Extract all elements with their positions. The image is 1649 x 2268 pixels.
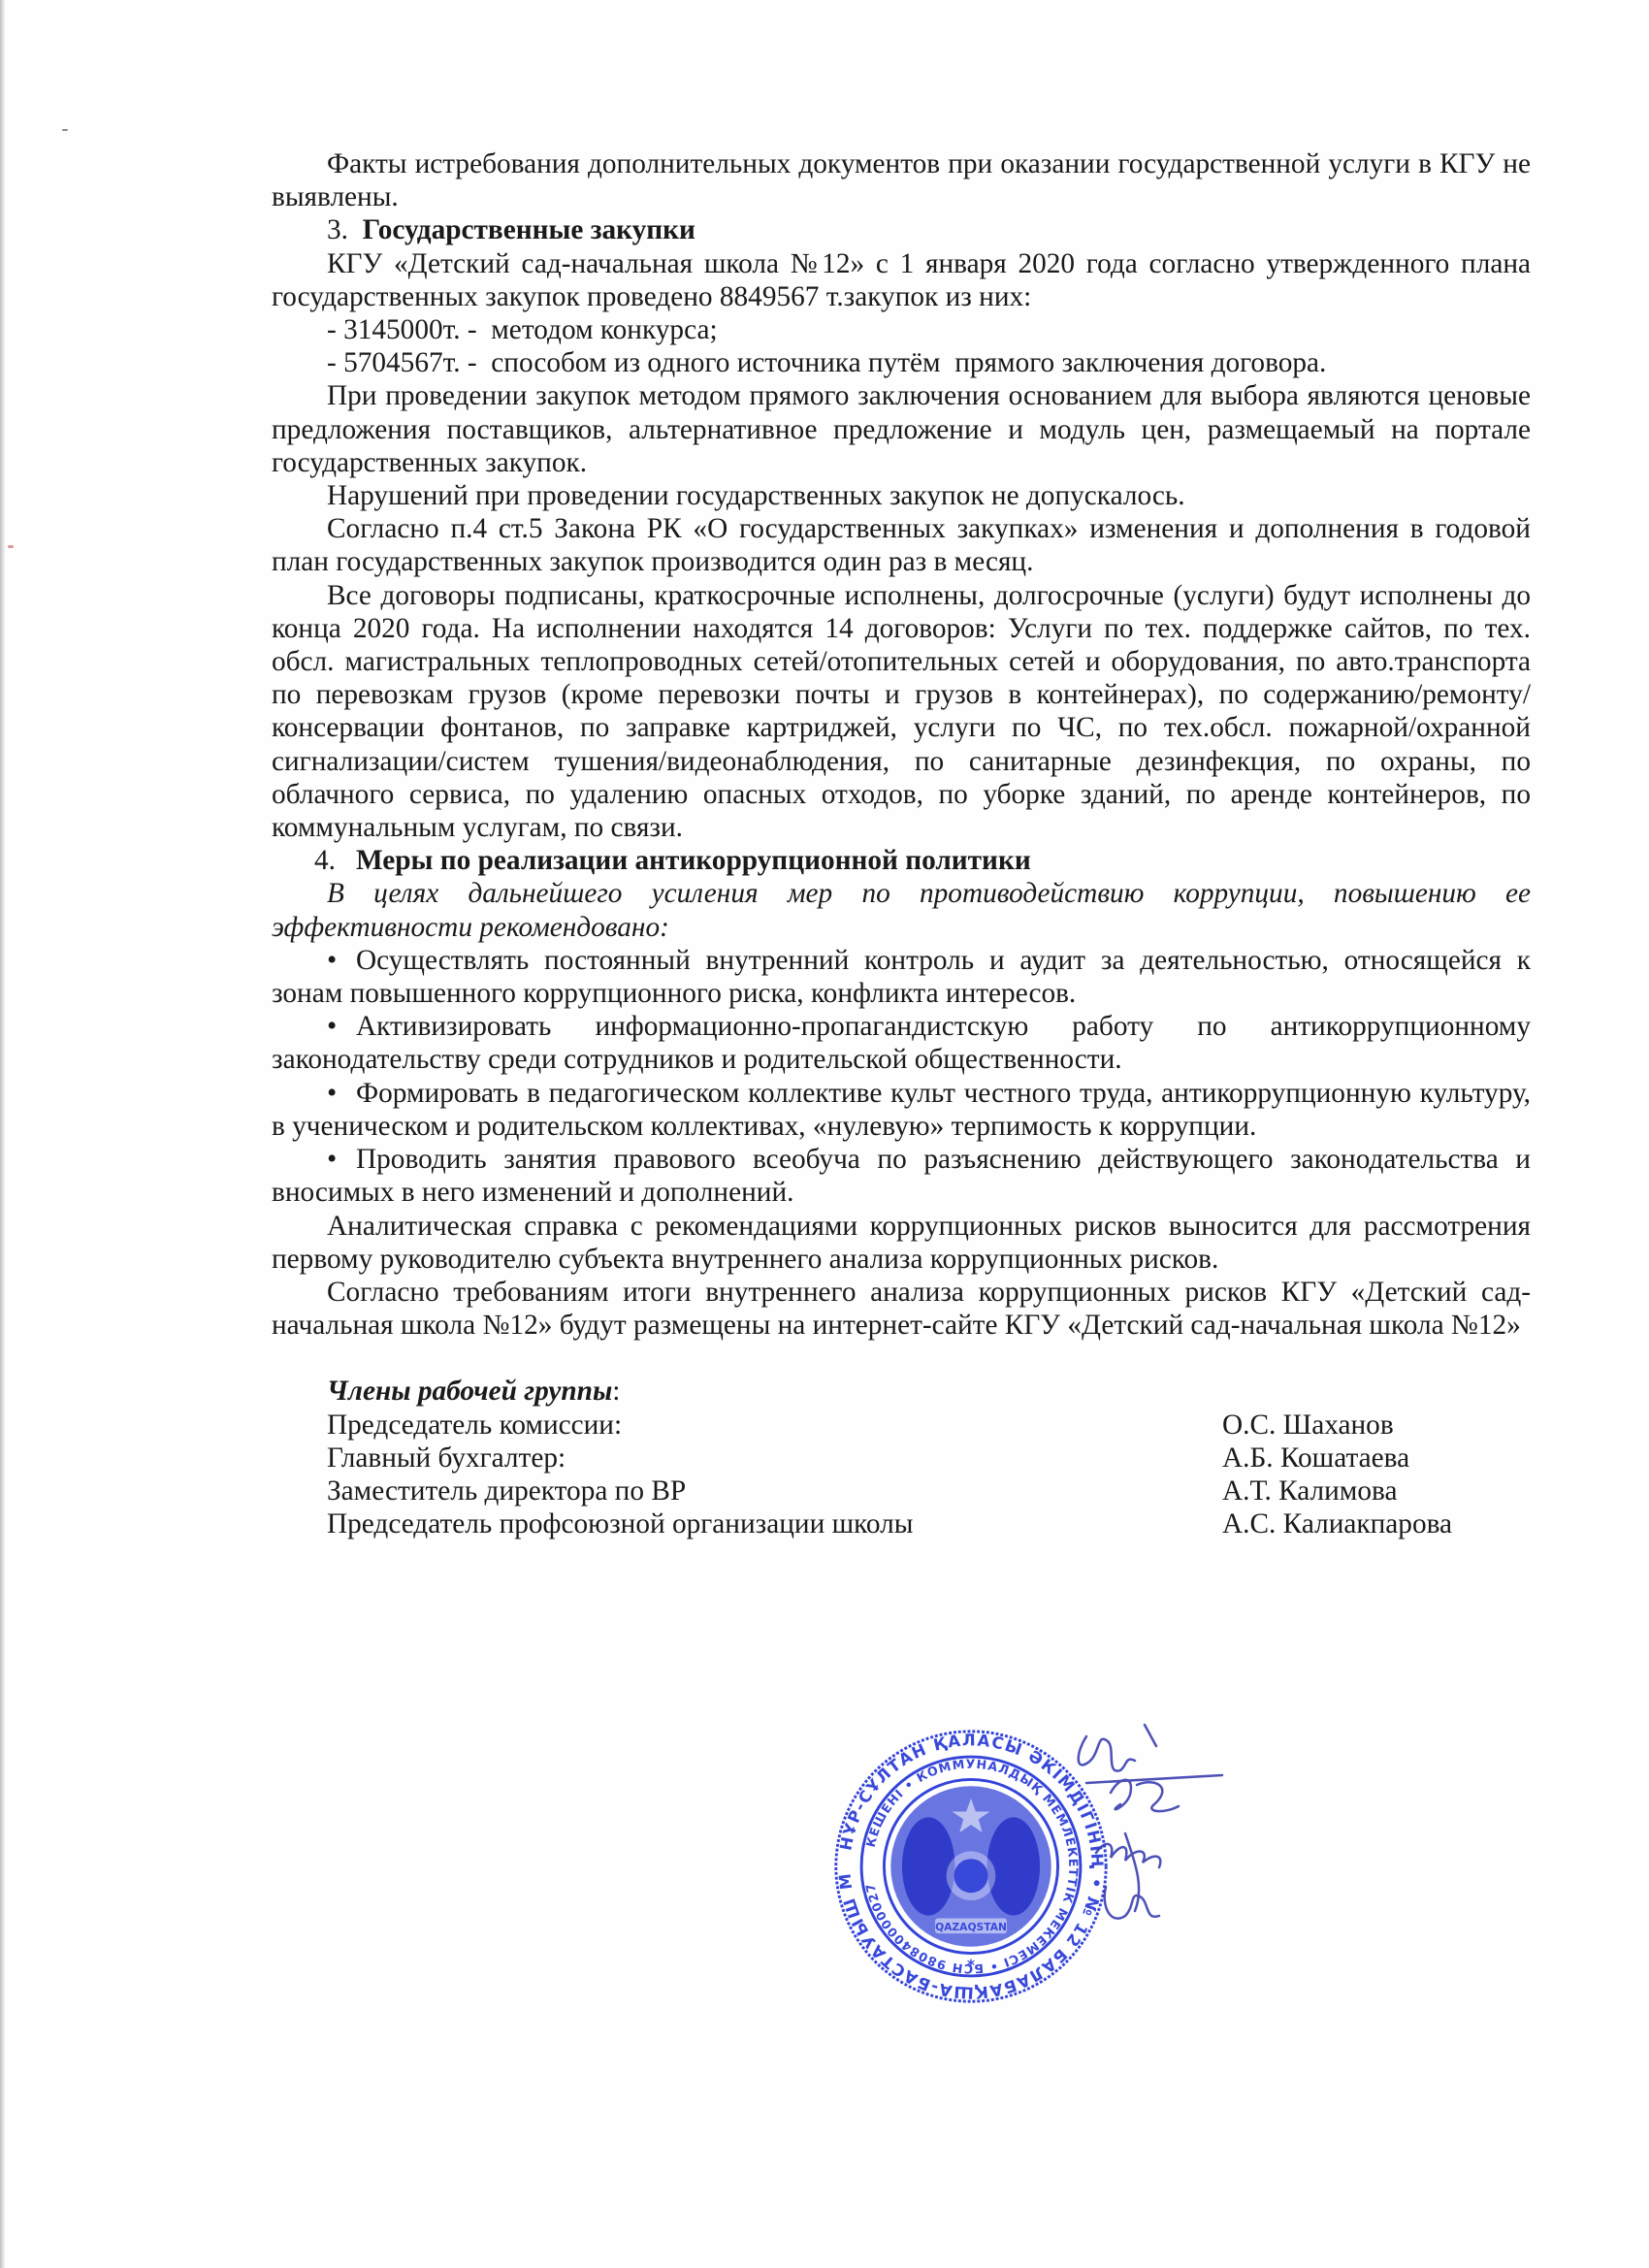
bullet-text: Осуществлять постоянный внутренний контр…: [272, 945, 1531, 1009]
member-name: А.Т. Калимова: [1222, 1474, 1397, 1507]
section-number: 4.: [314, 844, 356, 877]
paragraph: Аналитическая справка с рекомендациями к…: [272, 1210, 1531, 1276]
document-page: Факты истребования дополнительных докуме…: [272, 147, 1531, 1540]
italic-intro: В целях дальнейшего усиления мер по прот…: [272, 877, 1531, 943]
list-item: - 3145000т. - методом конкурса;: [272, 313, 1531, 346]
signature-row: Председатель профсоюзной организации шко…: [272, 1507, 1531, 1540]
paragraph: При проведении закупок методом прямого з…: [272, 379, 1531, 479]
scan-speck: [8, 545, 14, 548]
members-title-text: Члены рабочей группы: [327, 1376, 612, 1407]
bullet-item: •Формировать в педагогическом коллективе…: [272, 1077, 1531, 1143]
list-item: - 5704567т. - способом из одного источни…: [272, 346, 1531, 379]
member-name: О.С. Шаханов: [1222, 1409, 1394, 1442]
members-title: Члены рабочей группы:: [272, 1375, 1531, 1408]
handwritten-signatures-icon: [1067, 1717, 1232, 1940]
bullet-item: •Активизировать информационно-пропаганди…: [272, 1010, 1531, 1076]
signature-row: Заместитель директора по ВР А.Т. Калимов…: [272, 1474, 1531, 1507]
paragraph: Все договоры подписаны, краткосрочные ис…: [272, 579, 1531, 845]
paragraph: Согласно требованиям итоги внутреннего а…: [272, 1276, 1531, 1342]
bullet-text: Формировать в педагогическом коллективе …: [272, 1078, 1531, 1142]
member-role: Заместитель директора по ВР: [327, 1475, 686, 1507]
spacer: [272, 1342, 1531, 1375]
svg-text:*: *: [967, 1957, 975, 1974]
members-title-colon: :: [612, 1376, 620, 1407]
scan-shadow-edge: [0, 0, 6, 2268]
bullet-text: Проводить занятия правового всеобуча по …: [272, 1144, 1531, 1208]
member-name: А.Б. Кошатаева: [1222, 1442, 1409, 1474]
intro-paragraph: Факты истребования дополнительных докуме…: [272, 147, 1531, 213]
member-name: А.С. Калиакпарова: [1222, 1507, 1452, 1540]
signature-row: Главный бухгалтер: А.Б. Кошатаева: [272, 1442, 1531, 1474]
bullet-icon: •: [327, 1010, 356, 1043]
bullet-icon: •: [327, 1077, 356, 1110]
member-role: Главный бухгалтер:: [327, 1442, 566, 1474]
paragraph: Нарушений при проведении государственных…: [272, 479, 1531, 512]
bullet-icon: •: [327, 1143, 356, 1176]
section-4-heading: 4.Меры по реализации антикоррупционной п…: [272, 844, 1531, 877]
bullet-text: Активизировать информационно-пропагандис…: [272, 1011, 1531, 1075]
paragraph: Согласно п.4 ст.5 Закона РК «О государст…: [272, 512, 1531, 578]
section-title: Меры по реализации антикоррупционной пол…: [356, 845, 1031, 876]
section-3-heading: 3. Государственные закупки: [272, 213, 1531, 246]
member-role: Председатель профсоюзной организации шко…: [327, 1508, 913, 1539]
paragraph: КГУ «Детский сад-начальная школа №12» с …: [272, 247, 1531, 313]
bullet-item: •Проводить занятия правового всеобуча по…: [272, 1143, 1531, 1209]
section-title: Государственные закупки: [363, 214, 695, 245]
signature-row: Председатель комиссии: О.С. Шаханов: [272, 1409, 1531, 1442]
bullet-item: •Осуществлять постоянный внутренний конт…: [272, 944, 1531, 1010]
bullet-icon: •: [327, 944, 356, 977]
member-role: Председатель комиссии:: [327, 1409, 622, 1441]
scan-speck: [62, 129, 68, 131]
svg-text:QAZAQSTAN: QAZAQSTAN: [935, 1921, 1007, 1933]
section-number: 3.: [327, 214, 348, 245]
